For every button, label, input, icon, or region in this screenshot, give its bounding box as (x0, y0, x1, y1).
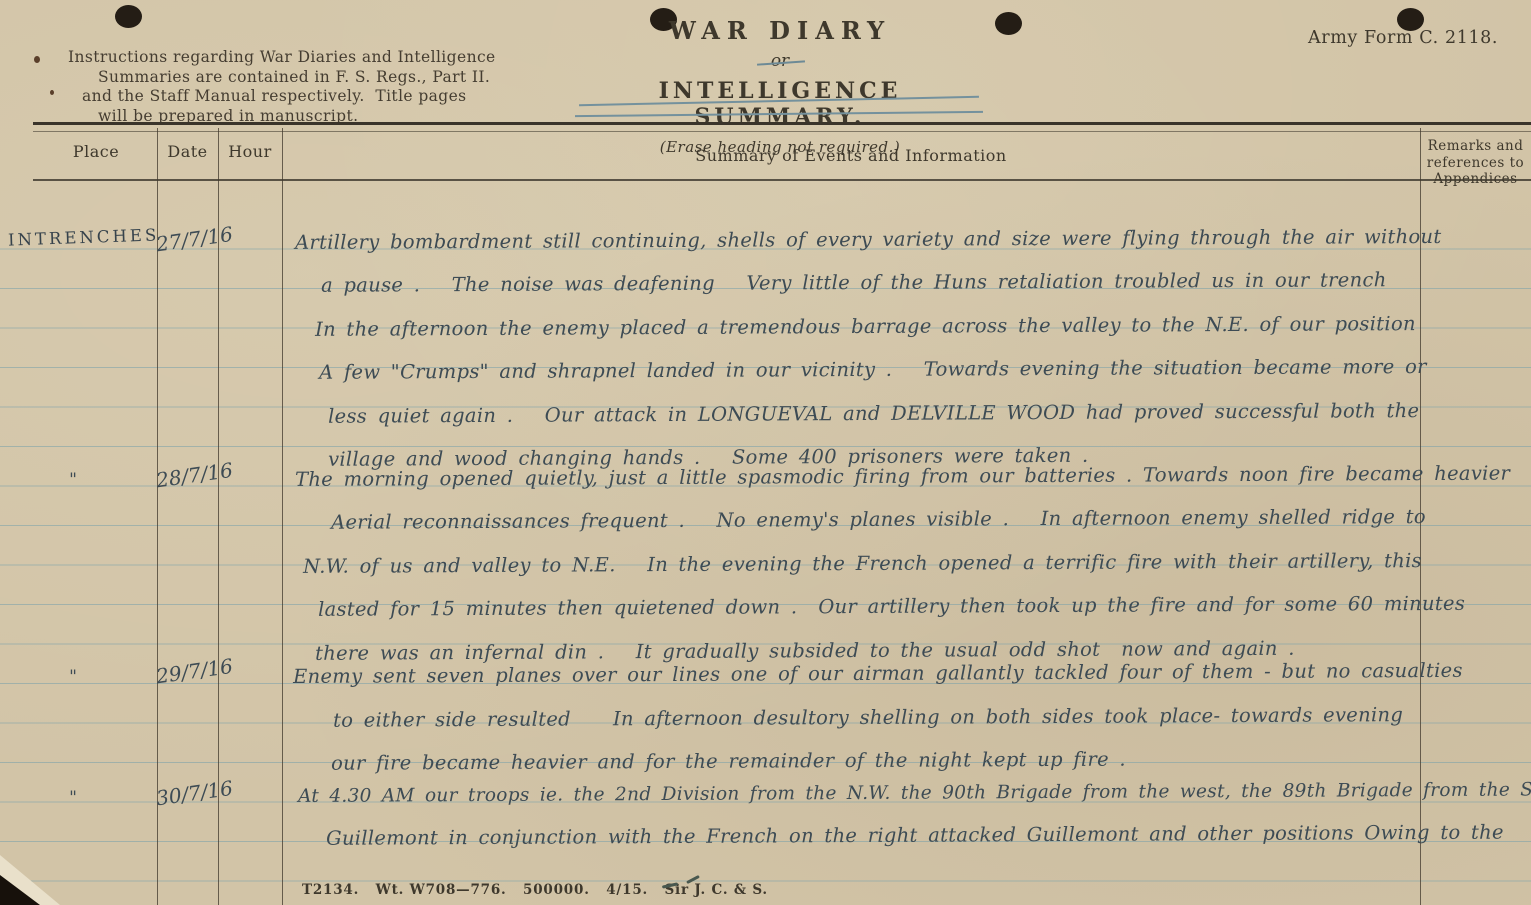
punch-hole (995, 12, 1022, 35)
instructions-line: and the Staff Manual respectively. Title… (42, 87, 482, 107)
summary-line: The morning opened quietly, just a littl… (293, 445, 1418, 494)
diary-entry-30-7-16: At 4.30 AM our troops ie. the 2nd Divisi… (293, 764, 1418, 851)
summary-line: A few "Crumps" and shrapnel landed in ou… (293, 338, 1418, 387)
form-instructions: Instructions regarding War Diaries and I… (42, 48, 482, 126)
summary-line: Enemy sent seven planes over our lines o… (293, 642, 1418, 691)
summary-line: less quiet again . Our attack in LONGUEV… (293, 382, 1418, 431)
diary-entry-29-7-16: Enemy sent seven planes over our lines o… (293, 645, 1418, 776)
summary-line: Aerial reconnaissances frequent . No ene… (293, 488, 1418, 537)
summary-line: to either side resulted In afternoon des… (293, 686, 1418, 735)
army-form-number: Army Form C. 2118. (1308, 28, 1498, 48)
column-header-summary: Summary of Events and Information (282, 146, 1420, 165)
summary-line: lasted for 15 minutes then quietened dow… (293, 575, 1418, 624)
entry-place-ditto: " (58, 788, 88, 808)
diary-entry-28-7-16: The morning opened quietly, just a littl… (293, 448, 1418, 666)
summary-line: At 4.30 AM our troops ie. the 2nd Divisi… (293, 761, 1418, 810)
column-header-place: Place (35, 142, 157, 161)
summary-line: a pause . The noise was deafening Very l… (293, 251, 1418, 300)
page-corner-shadow (0, 875, 40, 905)
diary-entry-27-7-16: Artillery bombardment still continuing, … (293, 211, 1418, 472)
summary-line: N.W. of us and valley to N.E. In the eve… (293, 532, 1418, 581)
summary-line: Artillery bombardment still continuing, … (293, 208, 1418, 257)
summary-line: Guillemont in conjunction with the Frenc… (293, 804, 1418, 853)
entry-place-ditto: " (58, 470, 88, 490)
or-text-struck: or (771, 51, 789, 71)
instructions-line: Instructions regarding War Diaries and I… (42, 48, 482, 68)
column-divider-hour-summary (282, 128, 283, 905)
war-diary-title: WAR DIARY (585, 16, 975, 45)
form-title-block: WAR DIARY or INTELLIGENCE SUMMARY. (Eras… (585, 16, 975, 156)
column-header-date: Date (157, 142, 218, 161)
punch-hole (115, 5, 142, 28)
instructions-line: Summaries are contained in F. S. Regs., … (42, 68, 482, 88)
table-header-bottom-rule (33, 179, 1531, 181)
ink-speck (34, 56, 40, 63)
column-header-hour: Hour (218, 142, 282, 161)
summary-line: In the afternoon the enemy placed a trem… (293, 295, 1418, 344)
table-top-rule (33, 122, 1531, 132)
printer-imprint: T2134. Wt. W708—776. 500000. 4/15. Sir J… (302, 882, 768, 898)
column-header-remarks: Remarks and references to Appendices (1422, 138, 1529, 188)
entry-place-ditto: " (58, 667, 88, 687)
